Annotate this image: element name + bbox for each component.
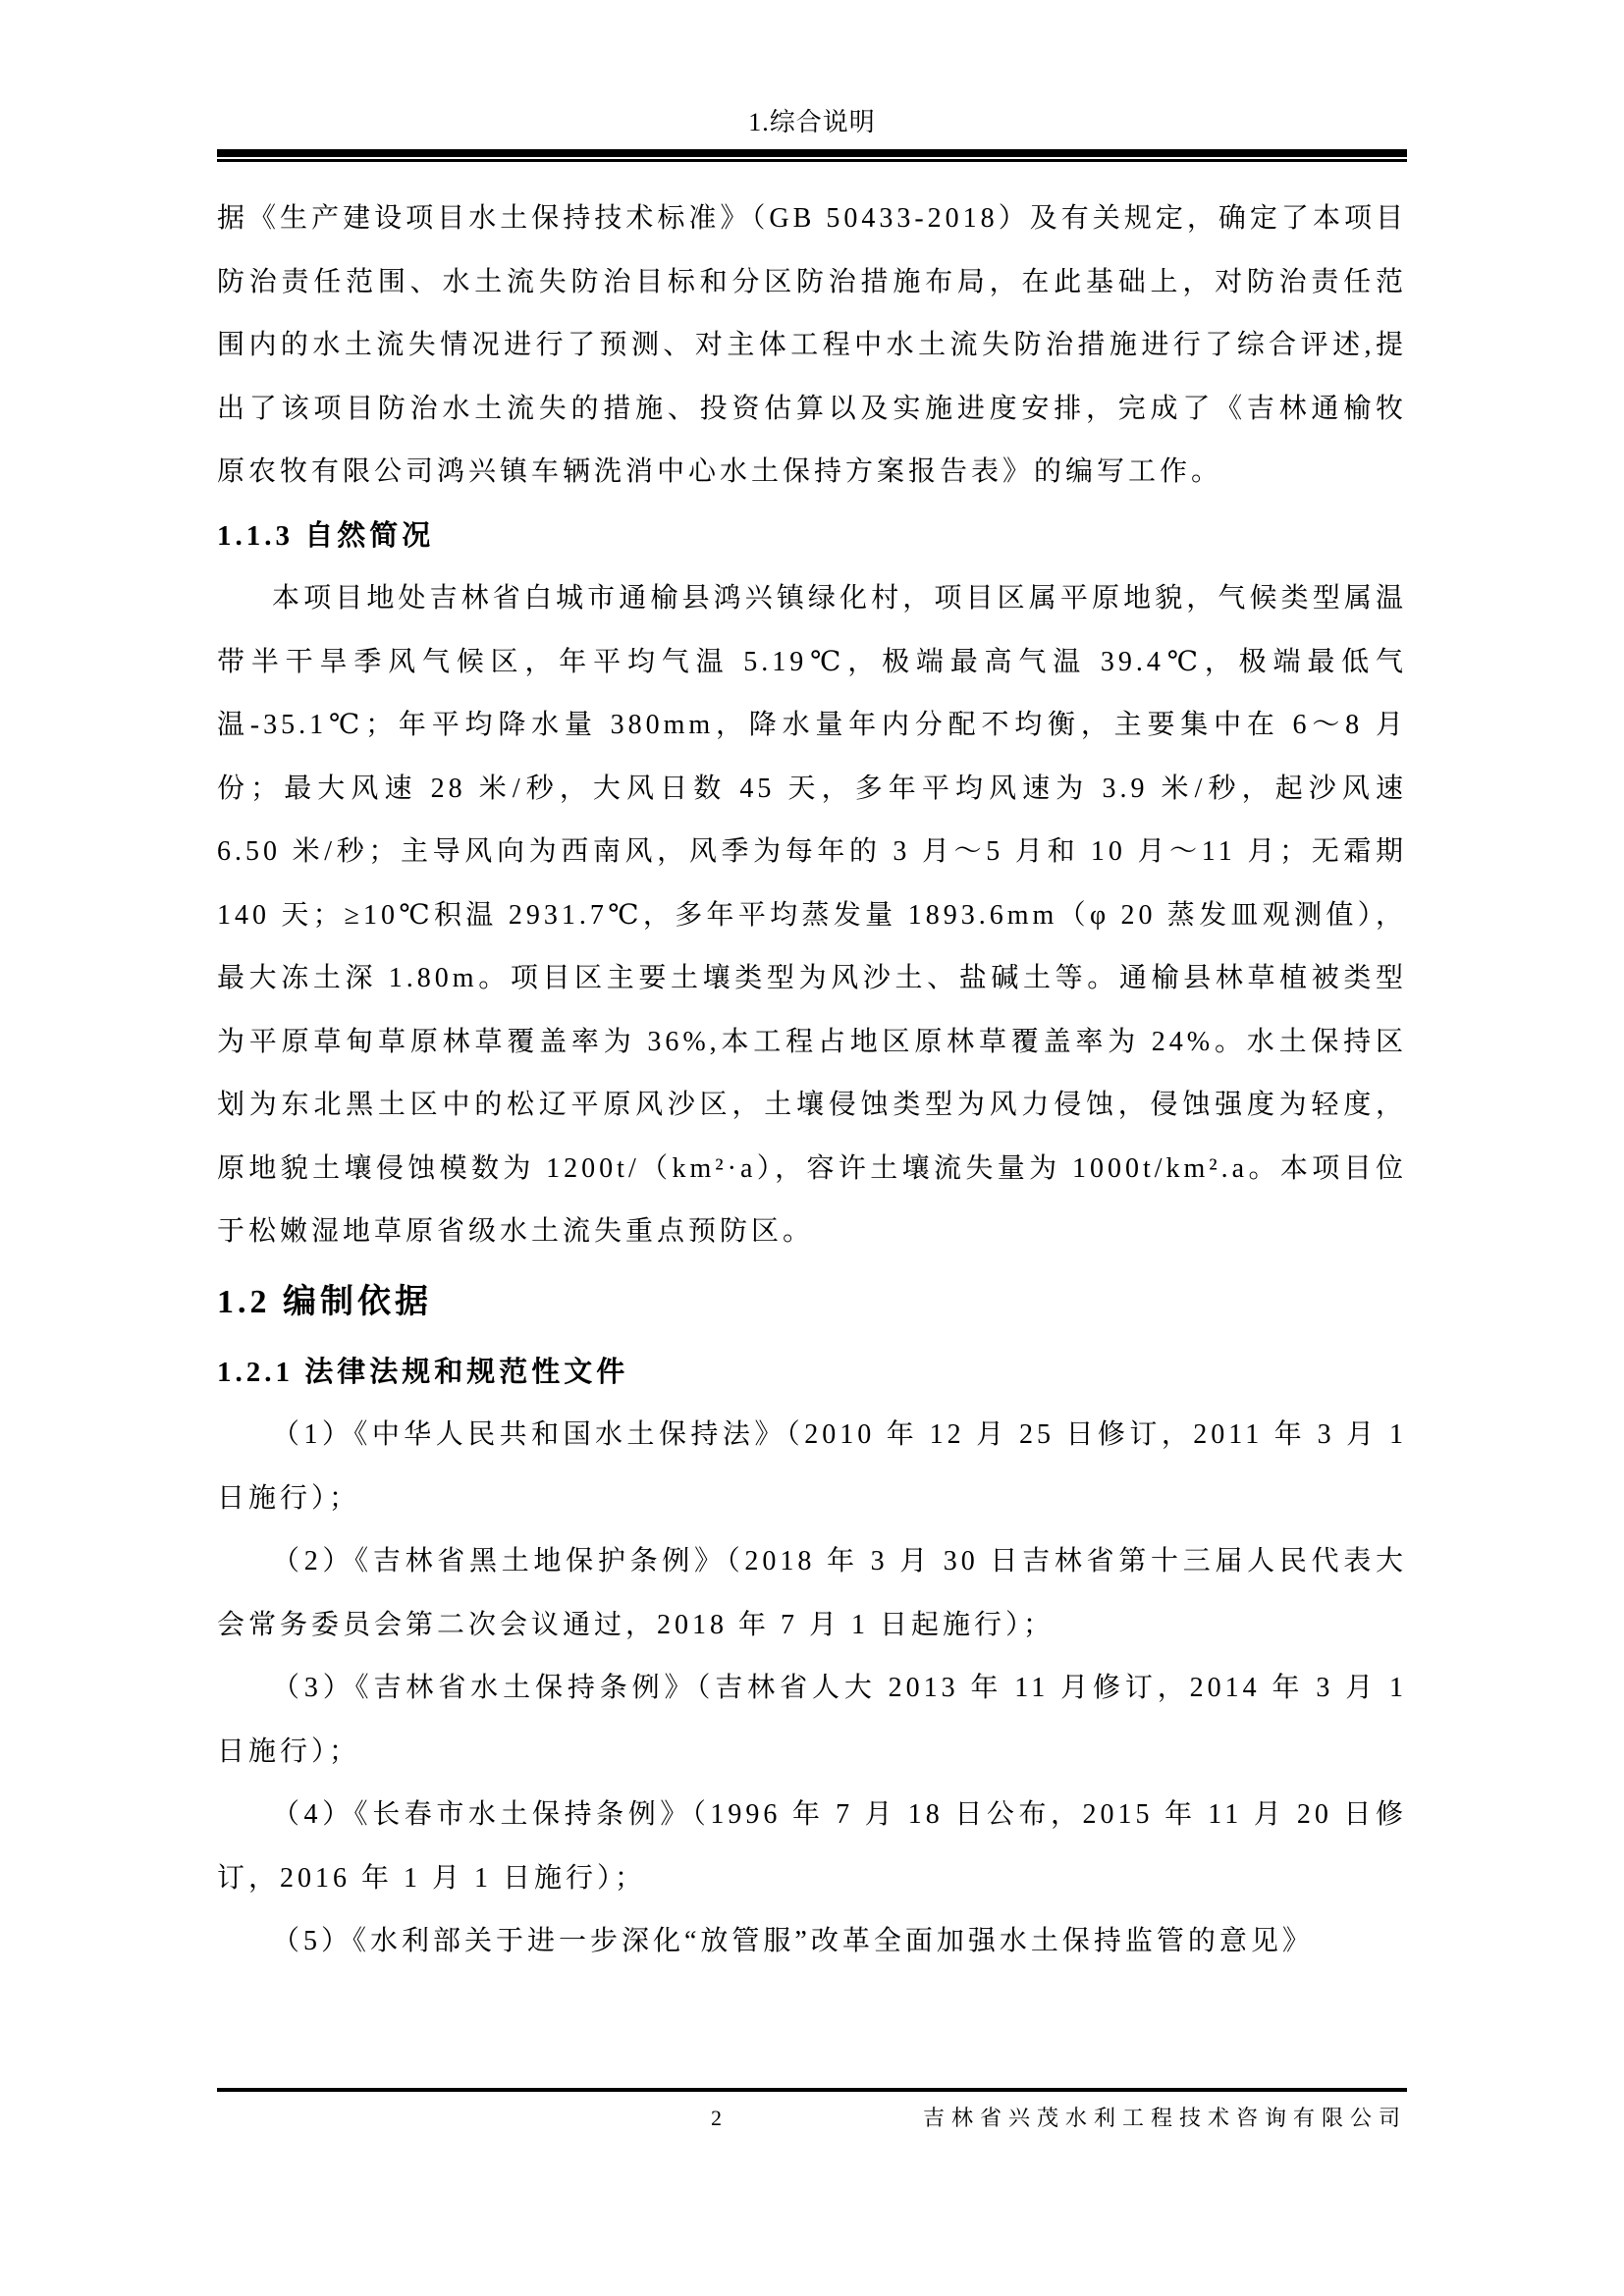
running-head-title: 1.综合说明 <box>217 104 1407 141</box>
paragraph-natural-conditions: 本项目地处吉林省白城市通榆县鸿兴镇绿化村，项目区属平原地貌，气候类型属温带半干旱… <box>217 567 1407 1264</box>
footer-company-name: 吉林省兴茂水利工程技术咨询有限公司 <box>923 2102 1407 2135</box>
heading-1-2-compilation-basis: 1.2 编制依据 <box>217 1267 1407 1338</box>
heading-1-1-3-natural-overview: 1.1.3 自然简况 <box>217 505 1407 568</box>
document-body: 据《生产建设项目水土保持技术标准》（GB 50433-2018）及有关规定，确定… <box>217 187 1407 1974</box>
legal-item-1: （1）《中华人民共和国水土保持法》（2010 年 12 月 25 日修订，201… <box>217 1404 1407 1530</box>
document-page: 1.综合说明 据《生产建设项目水土保持技术标准》（GB 50433-2018）及… <box>0 0 1624 2296</box>
page-number: 2 <box>711 2102 722 2135</box>
legal-item-3: （3）《吉林省水土保持条例》（吉林省人大 2013 年 11 月修订，2014 … <box>217 1657 1407 1784</box>
header-rule <box>217 149 1407 162</box>
legal-item-2: （2）《吉林省黑土地保护条例》（2018 年 3 月 30 日吉林省第十三届人民… <box>217 1530 1407 1657</box>
legal-item-5: （5）《水利部关于进一步深化“放管服”改革全面加强水土保持监管的意见》 <box>217 1910 1407 1974</box>
footer-row: 2 吉林省兴茂水利工程技术咨询有限公司 <box>217 2102 1407 2135</box>
paragraph-continuation: 据《生产建设项目水土保持技术标准》（GB 50433-2018）及有关规定，确定… <box>217 187 1407 505</box>
legal-item-4: （4）《长春市水土保持条例》（1996 年 7 月 18 日公布，2015 年 … <box>217 1784 1407 1910</box>
page-footer: 2 吉林省兴茂水利工程技术咨询有限公司 <box>217 2088 1407 2135</box>
heading-1-2-1-laws-regulations: 1.2.1 法律法规和规范性文件 <box>217 1341 1407 1405</box>
page-header: 1.综合说明 <box>217 0 1407 162</box>
footer-rule <box>217 2088 1407 2092</box>
